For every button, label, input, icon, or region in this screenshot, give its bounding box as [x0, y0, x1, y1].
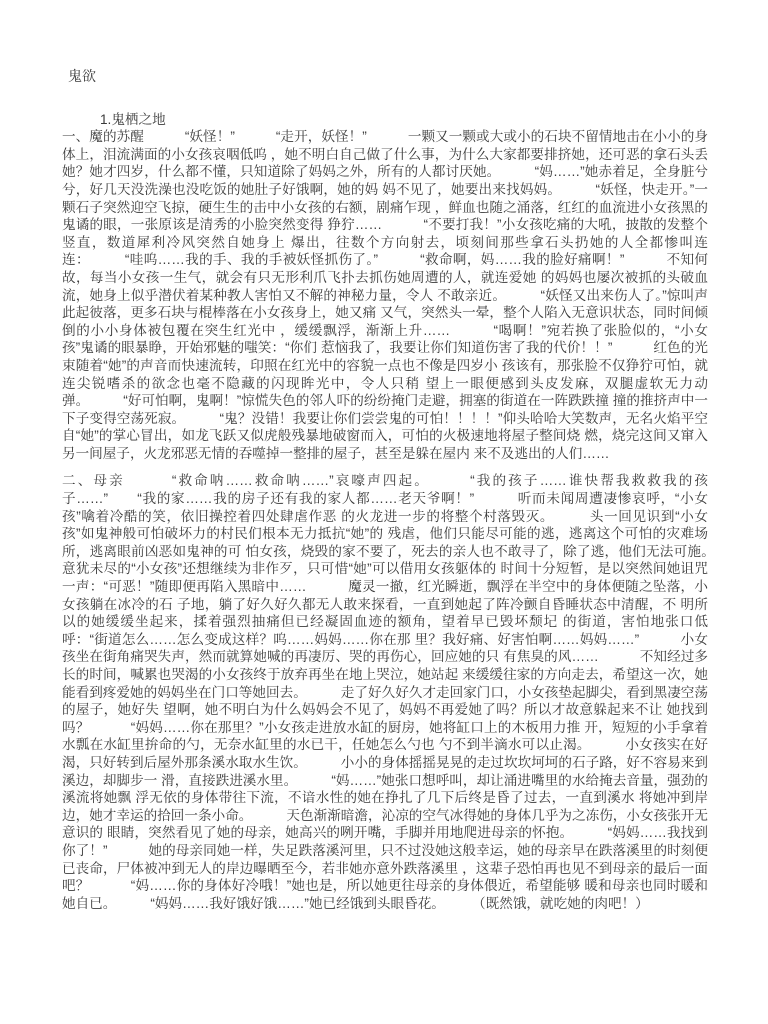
document-title: 鬼欲: [68, 68, 708, 86]
story-paragraph-2: 二、母亲 “救命呐……救命呐……”哀嚎声四起。 “我的孩子……谁快帮我救救我的孩…: [62, 472, 708, 912]
story-paragraph-1: 一、魔的苏醒 “妖怪！” “走开，妖怪！” 一颗又一颗或大或小的石块不留情地击在…: [62, 128, 708, 462]
document-page: 鬼欲 1.鬼栖之地 一、魔的苏醒 “妖怪！” “走开，妖怪！” 一颗又一颗或大或…: [62, 60, 708, 912]
chapter-heading: 1.鬼栖之地: [62, 111, 708, 129]
